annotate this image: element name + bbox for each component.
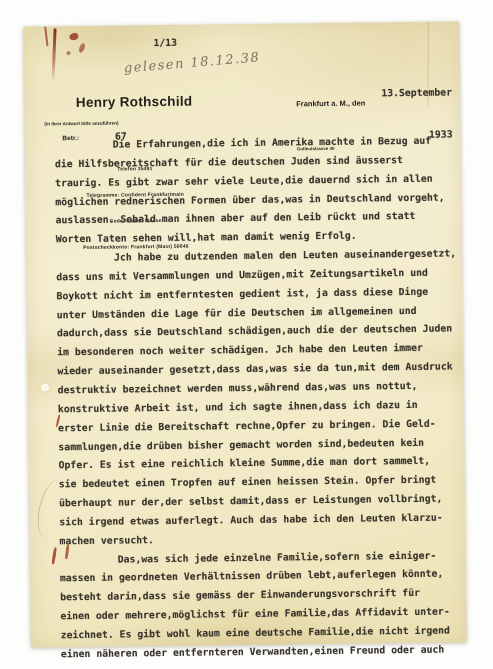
letter-paper: 1/13 gelesen 18.12.38 Henry Rothschild T… <box>23 21 467 647</box>
typed-line: einen näheren oder entfernteren Verwandt… <box>61 641 463 665</box>
ink-stain-blotch <box>69 33 78 40</box>
ink-stain-blotch <box>67 51 71 55</box>
date-month: 13.September <box>376 86 452 101</box>
letter-body: Die Erfahrungen,die ich in Amerika macht… <box>55 132 463 664</box>
margin-ink-slash <box>51 547 56 564</box>
ink-stain-streak <box>44 26 48 46</box>
place-line: Frankfurt a. M., den <box>296 99 365 109</box>
page-number: 1/13 <box>153 38 177 49</box>
reference-note: (In Ihrer Antwort bitte anzuführen) <box>44 121 118 127</box>
ink-stain-blotch <box>78 42 86 53</box>
sender-name: Henry Rothschild <box>34 93 234 110</box>
paper-spot <box>41 383 50 391</box>
scanned-letter-page: { "page": { "number_label": "1/13" }, "a… <box>0 0 493 669</box>
